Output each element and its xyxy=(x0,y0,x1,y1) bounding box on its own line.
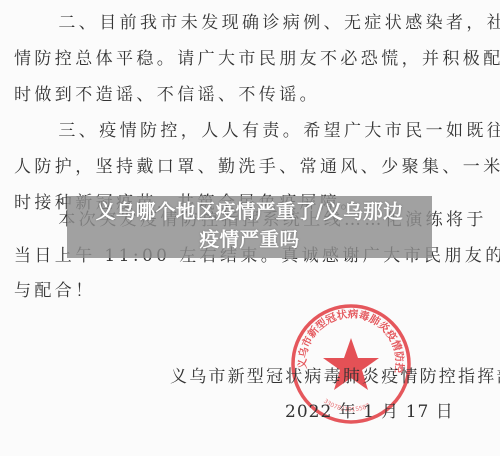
text-line: 人防护，坚持戴口罩、勤洗手、常通风、少聚集、一米线，及 xyxy=(14,152,500,177)
signature-text: 义乌市新型冠状病毒肺炎疫情防控指挥部 xyxy=(170,362,500,387)
text-line: 二、目前我市未发现确诊病例、无症状感染者，社会面疫 xyxy=(38,8,500,33)
text-line: 三、疫情防控，人人有责。希望广大市民一如既往做好个 xyxy=(38,116,500,141)
date-text: 2022 年 1 月 17 日 xyxy=(285,397,454,422)
text-line: 情防控总体平稳。请广大市民朋友不必恐慌，并积极配合，同 xyxy=(14,44,500,69)
banner-title-line1: 义乌哪个地区疫情严重了/义乌那边 xyxy=(67,198,432,226)
text-line: 与配合！ xyxy=(14,276,96,301)
banner-title: 义乌哪个地区疫情严重了/义乌那边 疫情严重吗 xyxy=(67,198,432,254)
text-line: 时做到不造谣、不信谣、不传谣。 xyxy=(14,80,320,105)
banner-title-line2: 疫情严重吗 xyxy=(67,226,432,254)
